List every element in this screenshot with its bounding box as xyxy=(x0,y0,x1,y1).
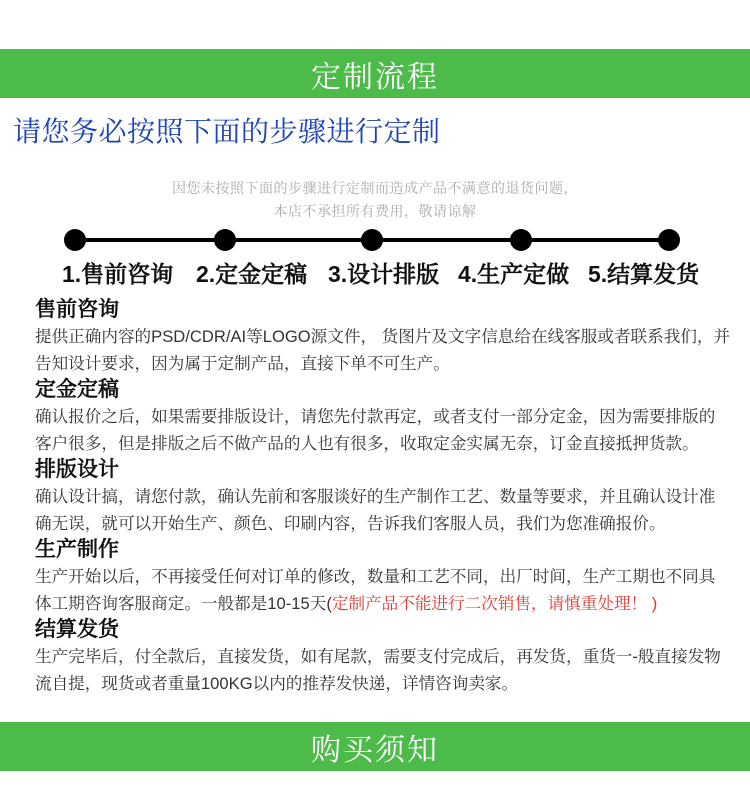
timeline-step-label-1: 1.售前咨询 xyxy=(62,256,173,289)
timeline-dot-1 xyxy=(64,229,86,251)
timeline-dot-2 xyxy=(214,229,236,251)
section-body-line: 体工期咨询客服商定。一般都是10-15天(定制产品不能进行二次销售，请慎重处理！… xyxy=(35,590,720,617)
section-body-line: 提供正确内容的PSD/CDR/AI等LOGO源文件， 货图片及文字信息给在线客服… xyxy=(35,323,720,350)
section-body-line: 告知设计要求，因为属于定制产品，直接下单不可生产。 xyxy=(35,350,720,377)
section-title: 生产制作 xyxy=(35,537,720,563)
section-body-line: 流自提，现货或者重量100KG以内的推荐发快递，详情咨询卖家。 xyxy=(35,670,720,697)
section-title: 排版设计 xyxy=(35,457,720,483)
process-details: 售前咨询 提供正确内容的PSD/CDR/AI等LOGO源文件， 货图片及文字信息… xyxy=(35,297,720,697)
section-title: 结算发货 xyxy=(35,617,720,643)
warning-text: 定制产品不能进行二次销售，请慎重处理！ ) xyxy=(332,594,657,613)
section-title: 售前咨询 xyxy=(35,297,720,323)
disclaimer-line-2: 本店不承担所有费用，敬请谅解 xyxy=(0,200,750,223)
section-body-line: 生产完毕后，付全款后，直接发货，如有尾款，需要支付完成后，再发货，重货一-般直接… xyxy=(35,643,720,670)
section-body-line: 确认报价之后，如果需要排版设计，请您先付款再定，或者支付一部分定金，因为需要排版… xyxy=(35,403,720,430)
disclaimer-line-1: 因您未按照下面的步骤进行定制而造成产品不满意的退货问题， xyxy=(0,177,750,200)
custom-process-page: 定制流程 请您务必按照下面的步骤进行定制 因您未按照下面的步骤进行定制而造成产品… xyxy=(0,0,750,802)
section-body-line: 确认设计搞，请您付款，确认先前和客服谈好的生产制作工艺、数量等要求，并且确认设计… xyxy=(35,483,720,510)
disclaimer-text: 因您未按照下面的步骤进行定制而造成产品不满意的退货问题， 本店不承担所有费用，敬… xyxy=(0,177,750,223)
section-body-line: 生产开始以后，不再接受任何对订单的修改，数量和工艺不同，出厂时间，生产工期也不同… xyxy=(35,563,720,590)
page-heading: 请您务必按照下面的步骤进行定制 xyxy=(13,110,441,150)
section-title: 定金定稿 xyxy=(35,377,720,403)
timeline-step-label-2: 2.定金定稿 xyxy=(196,256,307,289)
custom-process-banner-title: 定制流程 xyxy=(311,52,439,96)
section-body-line: 确无误，就可以开始生产、颜色、印刷内容，告诉我们客服人员，我们为您准确报价。 xyxy=(35,510,720,537)
purchase-notes-banner-title: 购买须知 xyxy=(311,725,439,769)
timeline-step-label-5: 5.结算发货 xyxy=(588,256,699,289)
timeline-step-label-4: 4.生产定做 xyxy=(458,256,569,289)
timeline-dot-3 xyxy=(361,229,383,251)
section-presale-consult: 售前咨询 提供正确内容的PSD/CDR/AI等LOGO源文件， 货图片及文字信息… xyxy=(35,297,720,377)
custom-process-banner: 定制流程 xyxy=(0,49,750,98)
timeline-step-label-3: 3.设计排版 xyxy=(328,256,439,289)
process-timeline: 1.售前咨询 2.定金定稿 3.设计排版 4.生产定做 5.结算发货 xyxy=(0,226,750,288)
section-layout-design: 排版设计 确认设计搞，请您付款，确认先前和客服谈好的生产制作工艺、数量等要求，并… xyxy=(35,457,720,537)
timeline-dot-4 xyxy=(510,229,532,251)
purchase-notes-banner: 购买须知 xyxy=(0,722,750,771)
section-deposit-draft: 定金定稿 确认报价之后，如果需要排版设计，请您先付款再定，或者支付一部分定金，因… xyxy=(35,377,720,457)
section-production: 生产制作 生产开始以后，不再接受任何对订单的修改，数量和工艺不同，出厂时间，生产… xyxy=(35,537,720,617)
timeline-dot-5 xyxy=(658,229,680,251)
section-body-line: 客户很多，但是排版之后不做产品的人也有很多，收取定金实属无奈，订金直接抵押货款。 xyxy=(35,430,720,457)
body-text: 体工期咨询客服商定。一般都是10-15天( xyxy=(35,594,332,613)
section-settlement-shipping: 结算发货 生产完毕后，付全款后，直接发货，如有尾款，需要支付完成后，再发货，重货… xyxy=(35,617,720,697)
